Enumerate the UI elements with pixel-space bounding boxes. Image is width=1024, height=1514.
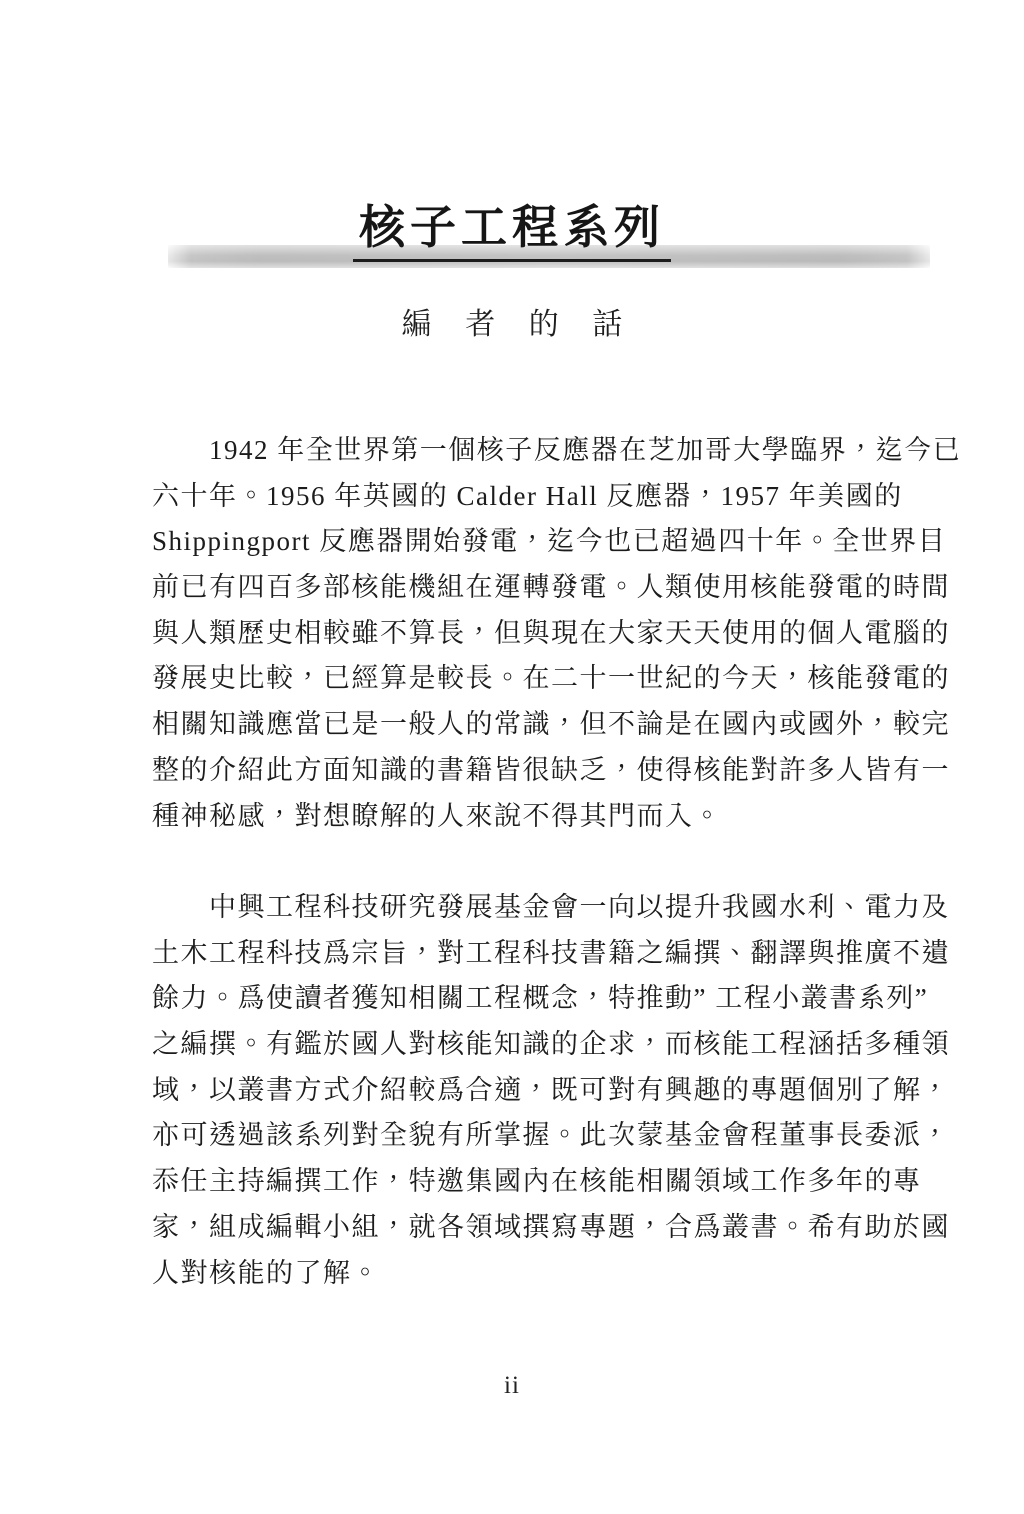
body-line: 土木工程科技爲宗旨，對工程科技書籍之編撰、翻譯與推廣不遺: [152, 931, 942, 977]
body-line: 種神秘感，對想瞭解的人來說不得其門而入。: [152, 794, 942, 840]
series-title-text: 核子工程系列: [353, 198, 671, 262]
body-line: 忝任主持編撰工作，特邀集國內在核能相關領域工作多年的專: [152, 1159, 942, 1205]
book-preface-page: 核子工程系列 編 者 的 話 1942 年全世界第一個核子反應器在芝加哥大學臨界…: [0, 0, 1024, 1514]
body-line: 中興工程科技研究發展基金會一向以提升我國水利、電力及: [152, 885, 942, 931]
body-line: 1942 年全世界第一個核子反應器在芝加哥大學臨界，迄今已: [152, 428, 942, 474]
body-line: 與人類歷史相較雖不算長，但與現在大家天天使用的個人電腦的: [152, 611, 942, 657]
body-line: 整的介紹此方面知識的書籍皆很缺乏，使得核能對許多人皆有一: [152, 748, 942, 794]
body-line: 域，以叢書方式介紹較爲合適，既可對有興趣的專題個別了解，: [152, 1068, 942, 1114]
series-title: 核子工程系列: [0, 198, 1024, 262]
body-line: Shippingport 反應器開始發電，迄今也已超過四十年。全世界目: [152, 519, 942, 565]
body-line: 亦可透過該系列對全貌有所掌握。此次蒙基金會程董事長委派，: [152, 1113, 942, 1159]
section-title: 編 者 的 話: [0, 303, 1024, 347]
body-line: 餘力。爲使讀者獲知相關工程概念，特推動” 工程小叢書系列”: [152, 976, 942, 1022]
page-number: ii: [0, 1372, 1024, 1400]
body-line: 之編撰。有鑑於國人對核能知識的企求，而核能工程涵括多種領: [152, 1022, 942, 1068]
body-line: 人對核能的了解。: [152, 1251, 942, 1297]
body-line: 發展史比較，已經算是較長。在二十一世紀的今天，核能發電的: [152, 656, 942, 702]
preface-paragraph-2: 中興工程科技研究發展基金會一向以提升我國水利、電力及 土木工程科技爲宗旨，對工程…: [152, 885, 942, 1296]
preface-paragraph-1: 1942 年全世界第一個核子反應器在芝加哥大學臨界，迄今已 六十年。1956 年…: [152, 428, 942, 839]
body-line: 前已有四百多部核能機組在運轉發電。人類使用核能發電的時間: [152, 565, 942, 611]
body-line: 六十年。1956 年英國的 Calder Hall 反應器，1957 年美國的: [152, 474, 942, 520]
body-line: 家，組成編輯小組，就各領域撰寫專題，合爲叢書。希有助於國: [152, 1205, 942, 1251]
body-line: 相關知識應當已是一般人的常識，但不論是在國內或國外，較完: [152, 702, 942, 748]
